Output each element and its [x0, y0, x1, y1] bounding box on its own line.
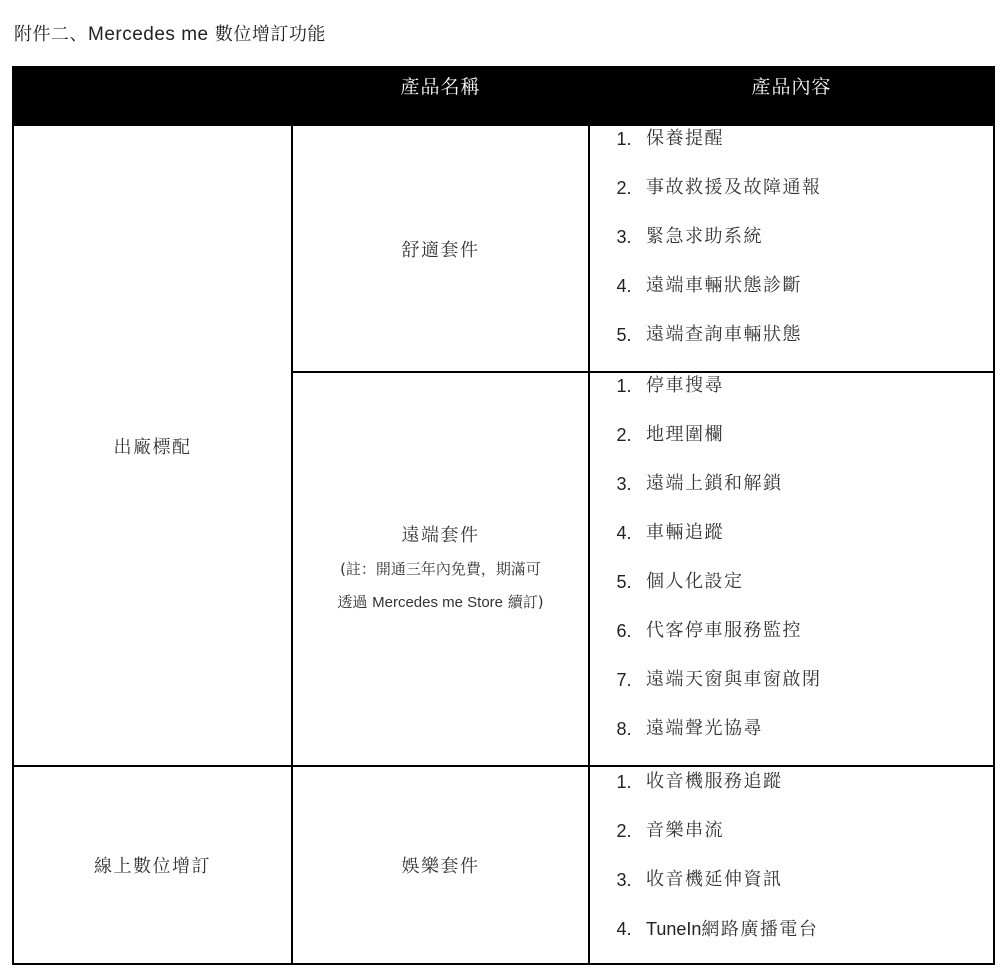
table-row: 線上數位增訂 娛樂套件 1.收音機服務追蹤 2.音樂串流 3.收音機延伸資訊 4…: [13, 766, 994, 964]
list-item: 3.緊急求助系統: [590, 224, 993, 273]
category-cell-factory-standard: 出廠標配: [13, 125, 292, 766]
list-item: 2.事故救援及故障通報: [590, 175, 993, 224]
list-item: 5.遠端查詢車輛狀態: [590, 322, 993, 371]
list-item: 2.地理圍欄: [590, 422, 993, 471]
package-note: (註：開通三年內免費，期滿可 透過 Mercedes me Store 續訂): [293, 553, 588, 619]
list-item: 4.車輛追蹤: [590, 520, 993, 569]
package-name: 遠端套件: [293, 519, 588, 553]
subscription-features-table: 產品名稱 產品內容 出廠標配 舒適套件 1.保養提醒 2.事故救援及故障通報 3…: [12, 66, 995, 965]
header-product-content: 產品內容: [589, 67, 994, 125]
list-item: 4.遠端車輛狀態診斷: [590, 273, 993, 322]
list-item: 4.TuneIn網路廣播電台: [590, 916, 993, 962]
title-suffix: 數位增訂功能: [209, 24, 326, 45]
list-item: 2.音樂串流: [590, 818, 993, 867]
package-name-cell: 遠端套件 (註：開通三年內免費，期滿可 透過 Mercedes me Store…: [292, 372, 589, 766]
package-note-line1: (註：開通三年內免費，期滿可: [293, 553, 588, 586]
category-cell-online-subscription: 線上數位增訂: [13, 766, 292, 964]
package-note-line2: 透過 Mercedes me Store 續訂): [293, 586, 588, 619]
list-item: 5.個人化設定: [590, 569, 993, 618]
table-header-row: 產品名稱 產品內容: [13, 67, 994, 125]
package-content-cell: 1.保養提醒 2.事故救援及故障通報 3.緊急求助系統 4.遠端車輛狀態診斷 5…: [589, 125, 994, 372]
header-category: [13, 67, 292, 125]
package-name: 娛樂套件: [402, 856, 480, 877]
package-content-cell: 1.停車搜尋 2.地理圍欄 3.遠端上鎖和解鎖 4.車輛追蹤 5.個人化設定 6…: [589, 372, 994, 766]
list-item: 6.代客停車服務監控: [590, 618, 993, 667]
title-prefix: 附件二、: [14, 24, 88, 45]
list-item: 1.收音機服務追蹤: [590, 769, 993, 818]
document-title: 附件二、Mercedes me 數位增訂功能: [14, 20, 326, 46]
package-name-cell: 娛樂套件: [292, 766, 589, 964]
category-label: 線上數位增訂: [94, 856, 211, 877]
package-name-cell: 舒適套件: [292, 125, 589, 372]
table-row: 出廠標配 舒適套件 1.保養提醒 2.事故救援及故障通報 3.緊急求助系統 4.…: [13, 125, 994, 372]
package-content-cell: 1.收音機服務追蹤 2.音樂串流 3.收音機延伸資訊 4.TuneIn網路廣播電…: [589, 766, 994, 964]
list-item: 1.保養提醒: [590, 126, 993, 175]
list-item: 8.遠端聲光協尋: [590, 716, 993, 765]
header-product-name: 產品名稱: [292, 67, 589, 125]
list-item: 3.收音機延伸資訊: [590, 867, 993, 916]
title-brand: Mercedes me: [88, 24, 209, 45]
category-label: 出廠標配: [114, 437, 192, 458]
package-name: 舒適套件: [402, 240, 480, 261]
list-item: 3.遠端上鎖和解鎖: [590, 471, 993, 520]
list-item: 1.停車搜尋: [590, 373, 993, 422]
list-item: 7.遠端天窗與車窗啟閉: [590, 667, 993, 716]
